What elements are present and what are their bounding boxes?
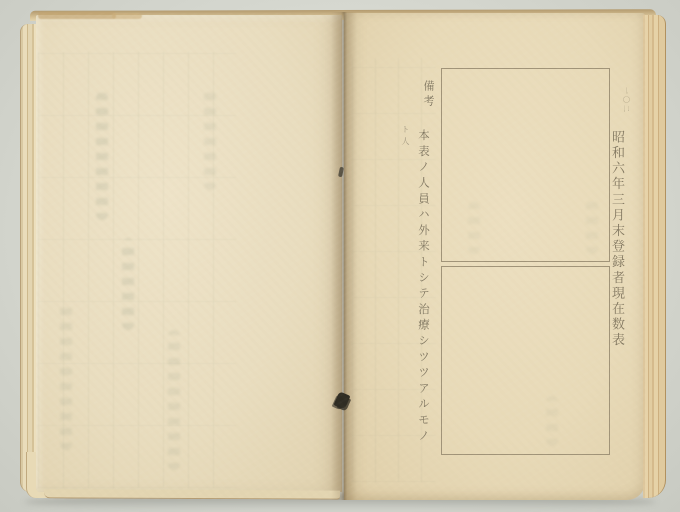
page-title: 昭和六年三月末登録者現在数表 [608,130,627,362]
page-edge-discoloration [112,13,142,19]
book-gutter [331,12,357,500]
right-fore-edge [643,15,666,498]
page-edge-discoloration [38,12,116,19]
remarks-text: 本表ノ人員ハ外来トシテ治療シツツアルモノ [415,129,431,453]
scanned-book-spread: 一〇二 昭和六年三月末登録者現在数表 府郡別 登録者数 京城府 二〇一人 開城府… [0,0,680,512]
registration-table-upper: 府郡別 登録者数 京城府 二〇一人 開城府 七四 仁川府 三九 高陽郡 一六 開… [441,68,610,262]
left-page-bottom-edge [44,489,340,499]
page-number: 一〇二 [621,87,631,114]
margin-note: ト人 [400,125,411,149]
registration-table-lower: 府郡別 登録者数 安城郡 一七人 振威郡 九 始興郡 一 江華郡 六 利川郡 六 [441,266,610,455]
left-page-blank [36,15,342,492]
remarks-label: 備考 [420,80,436,110]
